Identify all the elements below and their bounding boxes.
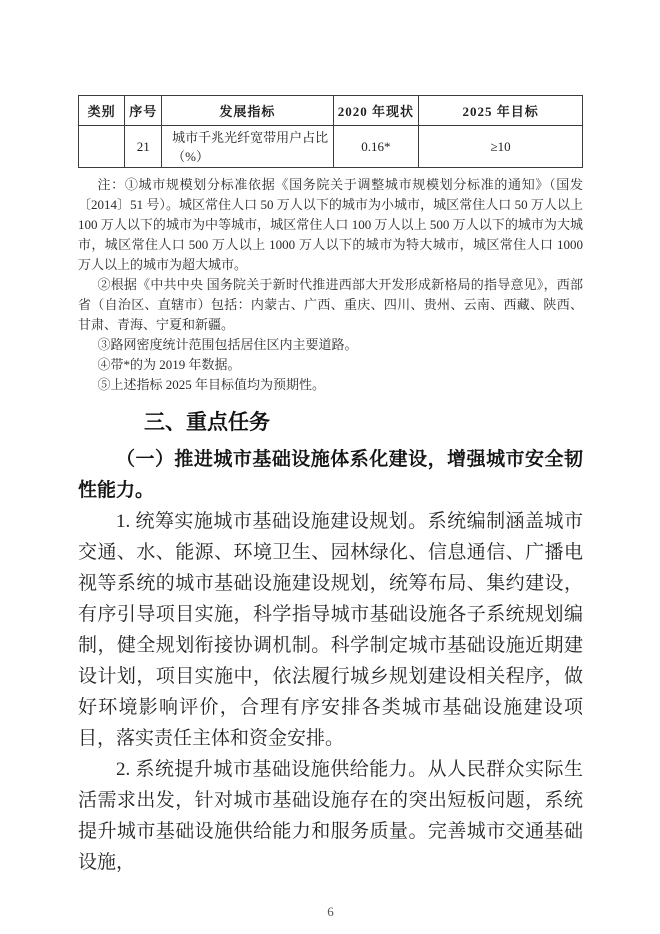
cell-category [79,126,125,168]
paragraph-1-lead: 1. 统筹实施城市基础设施建设规划。 [116,511,428,532]
page-number: 6 [78,904,583,920]
paragraph-1-body: 系统编制涵盖城市交通、水、能源、环境卫生、园林绿化、信息通信、广播电视等系统的城… [78,511,583,749]
table-header-row: 类别 序号 发展指标 2020 年现状 2025 年目标 [79,96,583,126]
document-page: 类别 序号 发展指标 2020 年现状 2025 年目标 21 城市千兆光纤宽带… [0,0,660,934]
note-2: ②根据《中共中央 国务院关于新时代推进西部大开发形成新格局的指导意见》，西部省（… [78,275,583,335]
col-header-index: 序号 [125,96,162,126]
col-header-2025-target: 2025 年目标 [419,96,583,126]
cell-2020-status: 0.16* [333,126,419,168]
cell-2025-target: ≥10 [419,126,583,168]
section-heading: 三、重点任务 [78,407,583,437]
table-row: 21 城市千兆光纤宽带用户占比（%） 0.16* ≥10 [79,126,583,168]
col-header-indicator: 发展指标 [162,96,333,126]
subsection-heading: （一）推进城市基础设施体系化建设，增强城市安全韧性能力。 [78,444,583,506]
col-header-category: 类别 [79,96,125,126]
note-1: 注：①城市规模划分标准依据《国务院关于调整城市规模划分标准的通知》（国发〔201… [78,175,583,275]
paragraph-1: 1. 统筹实施城市基础设施建设规划。系统编制涵盖城市交通、水、能源、环境卫生、园… [78,506,583,754]
col-header-2020-status: 2020 年现状 [333,96,419,126]
paragraph-2: 2. 系统提升城市基础设施供给能力。从人民群众实际生活需求出发，针对城市基础设施… [78,754,583,878]
paragraph-2-lead: 2. 系统提升城市基础设施供给能力。 [116,759,428,780]
cell-indicator: 城市千兆光纤宽带用户占比（%） [162,126,333,168]
note-5: ⑤上述指标 2025 年目标值均为预期性。 [78,375,583,395]
note-3: ③路网密度统计范围包括居住区内主要道路。 [78,335,583,355]
note-4: ④带*的为 2019 年数据。 [78,355,583,375]
cell-index: 21 [125,126,162,168]
table-notes: 注：①城市规模划分标准依据《国务院关于调整城市规模划分标准的通知》（国发〔201… [78,175,583,395]
indicator-table: 类别 序号 发展指标 2020 年现状 2025 年目标 21 城市千兆光纤宽带… [78,95,583,168]
